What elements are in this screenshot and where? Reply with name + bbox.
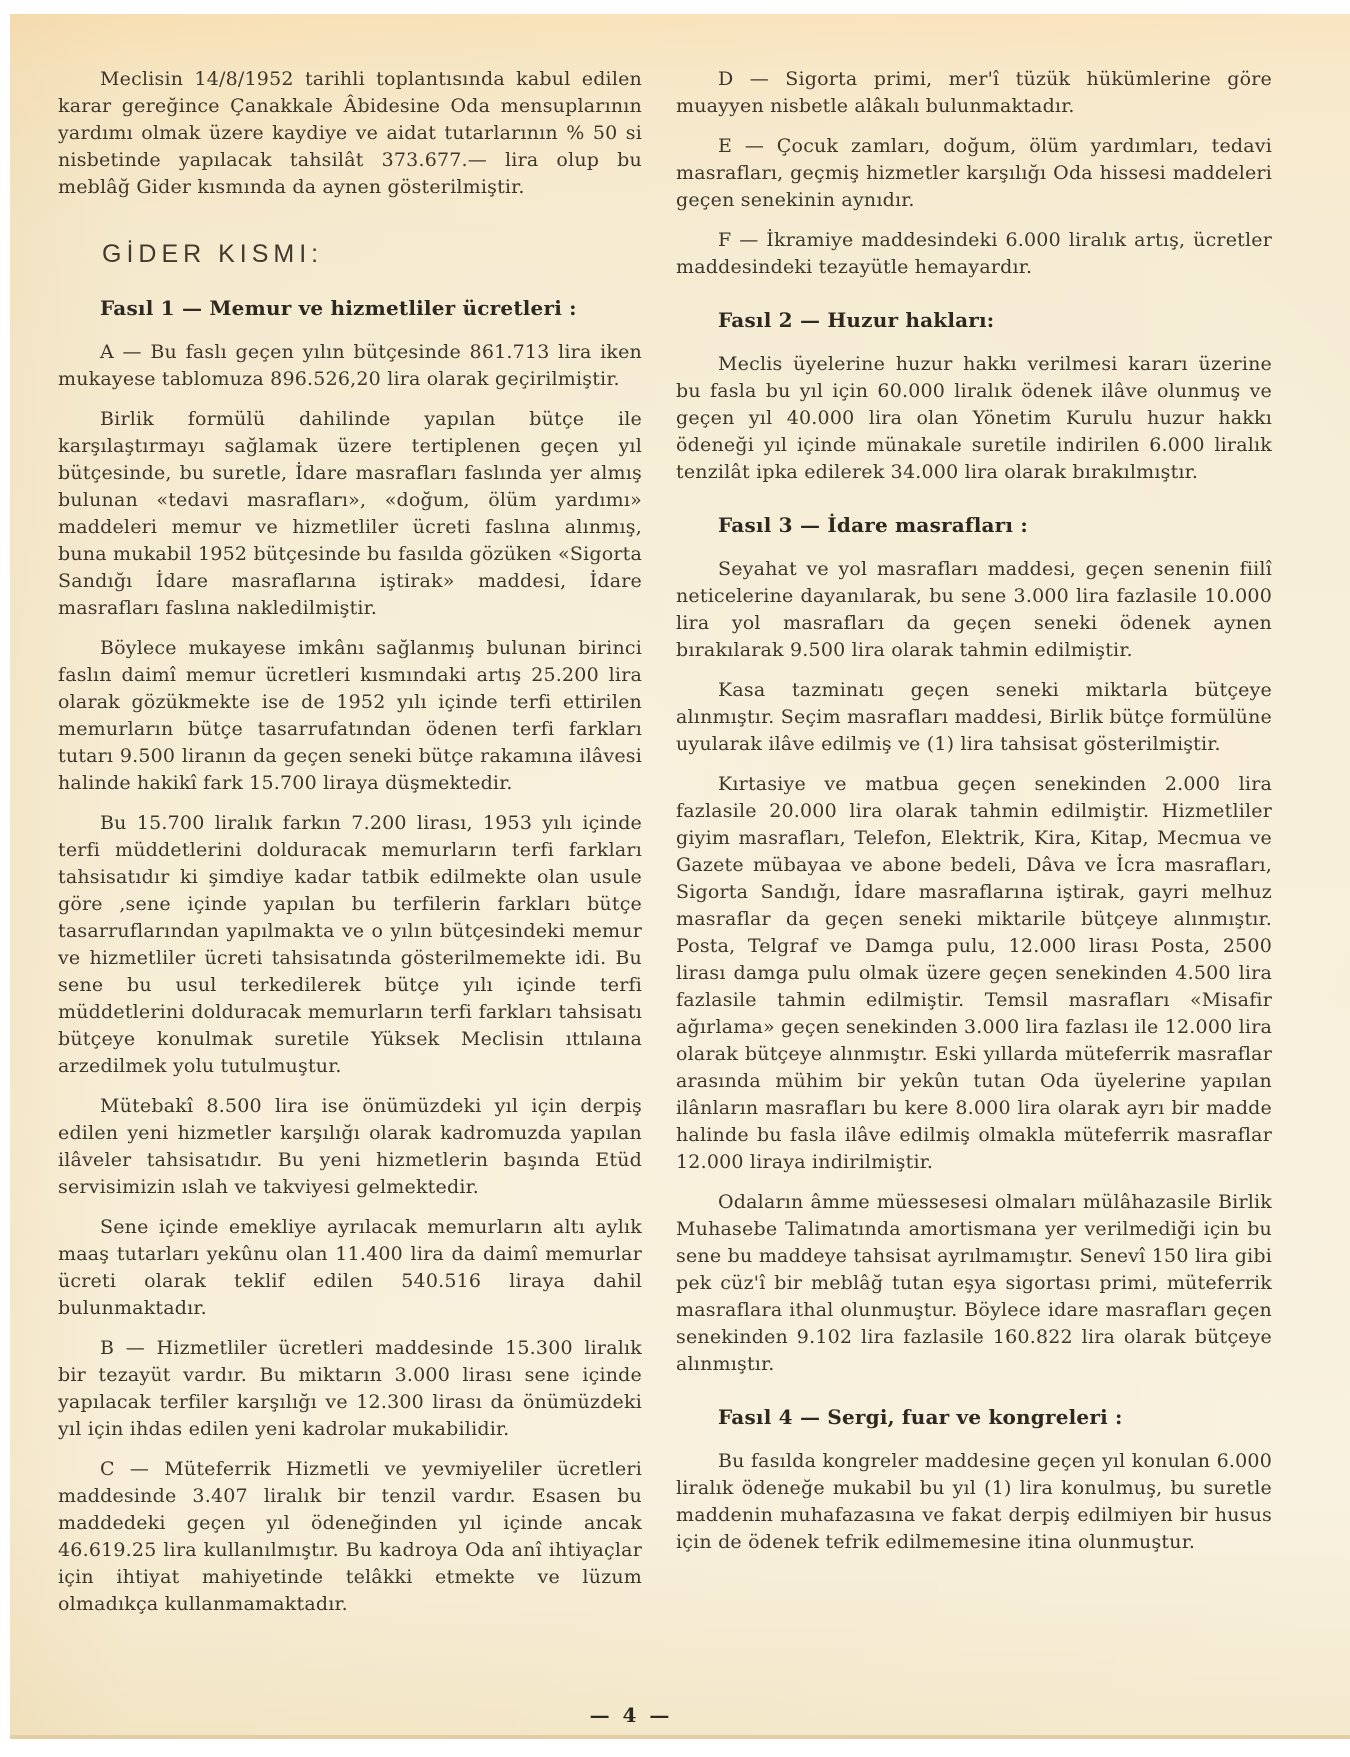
page-number: — 4 — xyxy=(0,1703,1262,1727)
heading-fasil-3: Fasıl 3 — İdare masrafları : xyxy=(676,512,1272,539)
paragraph: A — Bu faslı geçen yılın bütçesinde 861.… xyxy=(58,339,642,393)
heading-fasil-2: Fasıl 2 — Huzur hakları: xyxy=(676,307,1272,334)
paragraph: E — Çocuk zamları, doğum, ölüm yardımlar… xyxy=(676,133,1272,214)
paragraph: C — Müteferrik Hizmetli ve yevmiyeliler … xyxy=(58,1456,642,1618)
right-column: D — Sigorta primi, mer'î tüzük hükümleri… xyxy=(676,66,1272,1569)
paragraph: Meclisin 14/8/1952 tarihli toplantısında… xyxy=(58,66,642,201)
paragraph: F — İkramiye maddesindeki 6.000 liralık … xyxy=(676,227,1272,281)
paragraph: Kasa tazminatı geçen seneki miktarla büt… xyxy=(676,677,1272,758)
paragraph: D — Sigorta primi, mer'î tüzük hükümleri… xyxy=(676,66,1272,120)
heading-gider-kismi: GİDER KISMI: xyxy=(58,239,642,269)
paragraph: Meclis üyelerine huzur hakkı verilmesi k… xyxy=(676,351,1272,486)
left-column: Meclisin 14/8/1952 tarihli toplantısında… xyxy=(58,66,642,1631)
paragraph: Seyahat ve yol masrafları maddesi, geçen… xyxy=(676,556,1272,664)
scanned-document-page: Meclisin 14/8/1952 tarihli toplantısında… xyxy=(0,0,1350,1757)
paragraph: Kırtasiye ve matbua geçen senekinden 2.0… xyxy=(676,771,1272,1176)
heading-fasil-1: Fasıl 1 — Memur ve hizmetliler ücretleri… xyxy=(58,295,642,322)
heading-fasil-4: Fasıl 4 — Sergi, fuar ve kongreleri : xyxy=(676,1404,1272,1431)
paragraph: Sene içinde emekliye ayrılacak memurları… xyxy=(58,1214,642,1322)
paragraph: Bu 15.700 liralık farkın 7.200 lirası, 1… xyxy=(58,810,642,1080)
paragraph: B — Hizmetliler ücretleri maddesinde 15.… xyxy=(58,1335,642,1443)
paragraph: Böylece mukayese imkânı sağlanmış buluna… xyxy=(58,635,642,797)
paragraph: Mütebakî 8.500 lira ise önümüzdeki yıl i… xyxy=(58,1093,642,1201)
paragraph: Odaların âmme müessesesi olmaları mülâha… xyxy=(676,1189,1272,1378)
paragraph: Birlik formülü dahilinde yapılan bütçe i… xyxy=(58,406,642,622)
paragraph: Bu fasılda kongreler maddesine geçen yıl… xyxy=(676,1448,1272,1556)
